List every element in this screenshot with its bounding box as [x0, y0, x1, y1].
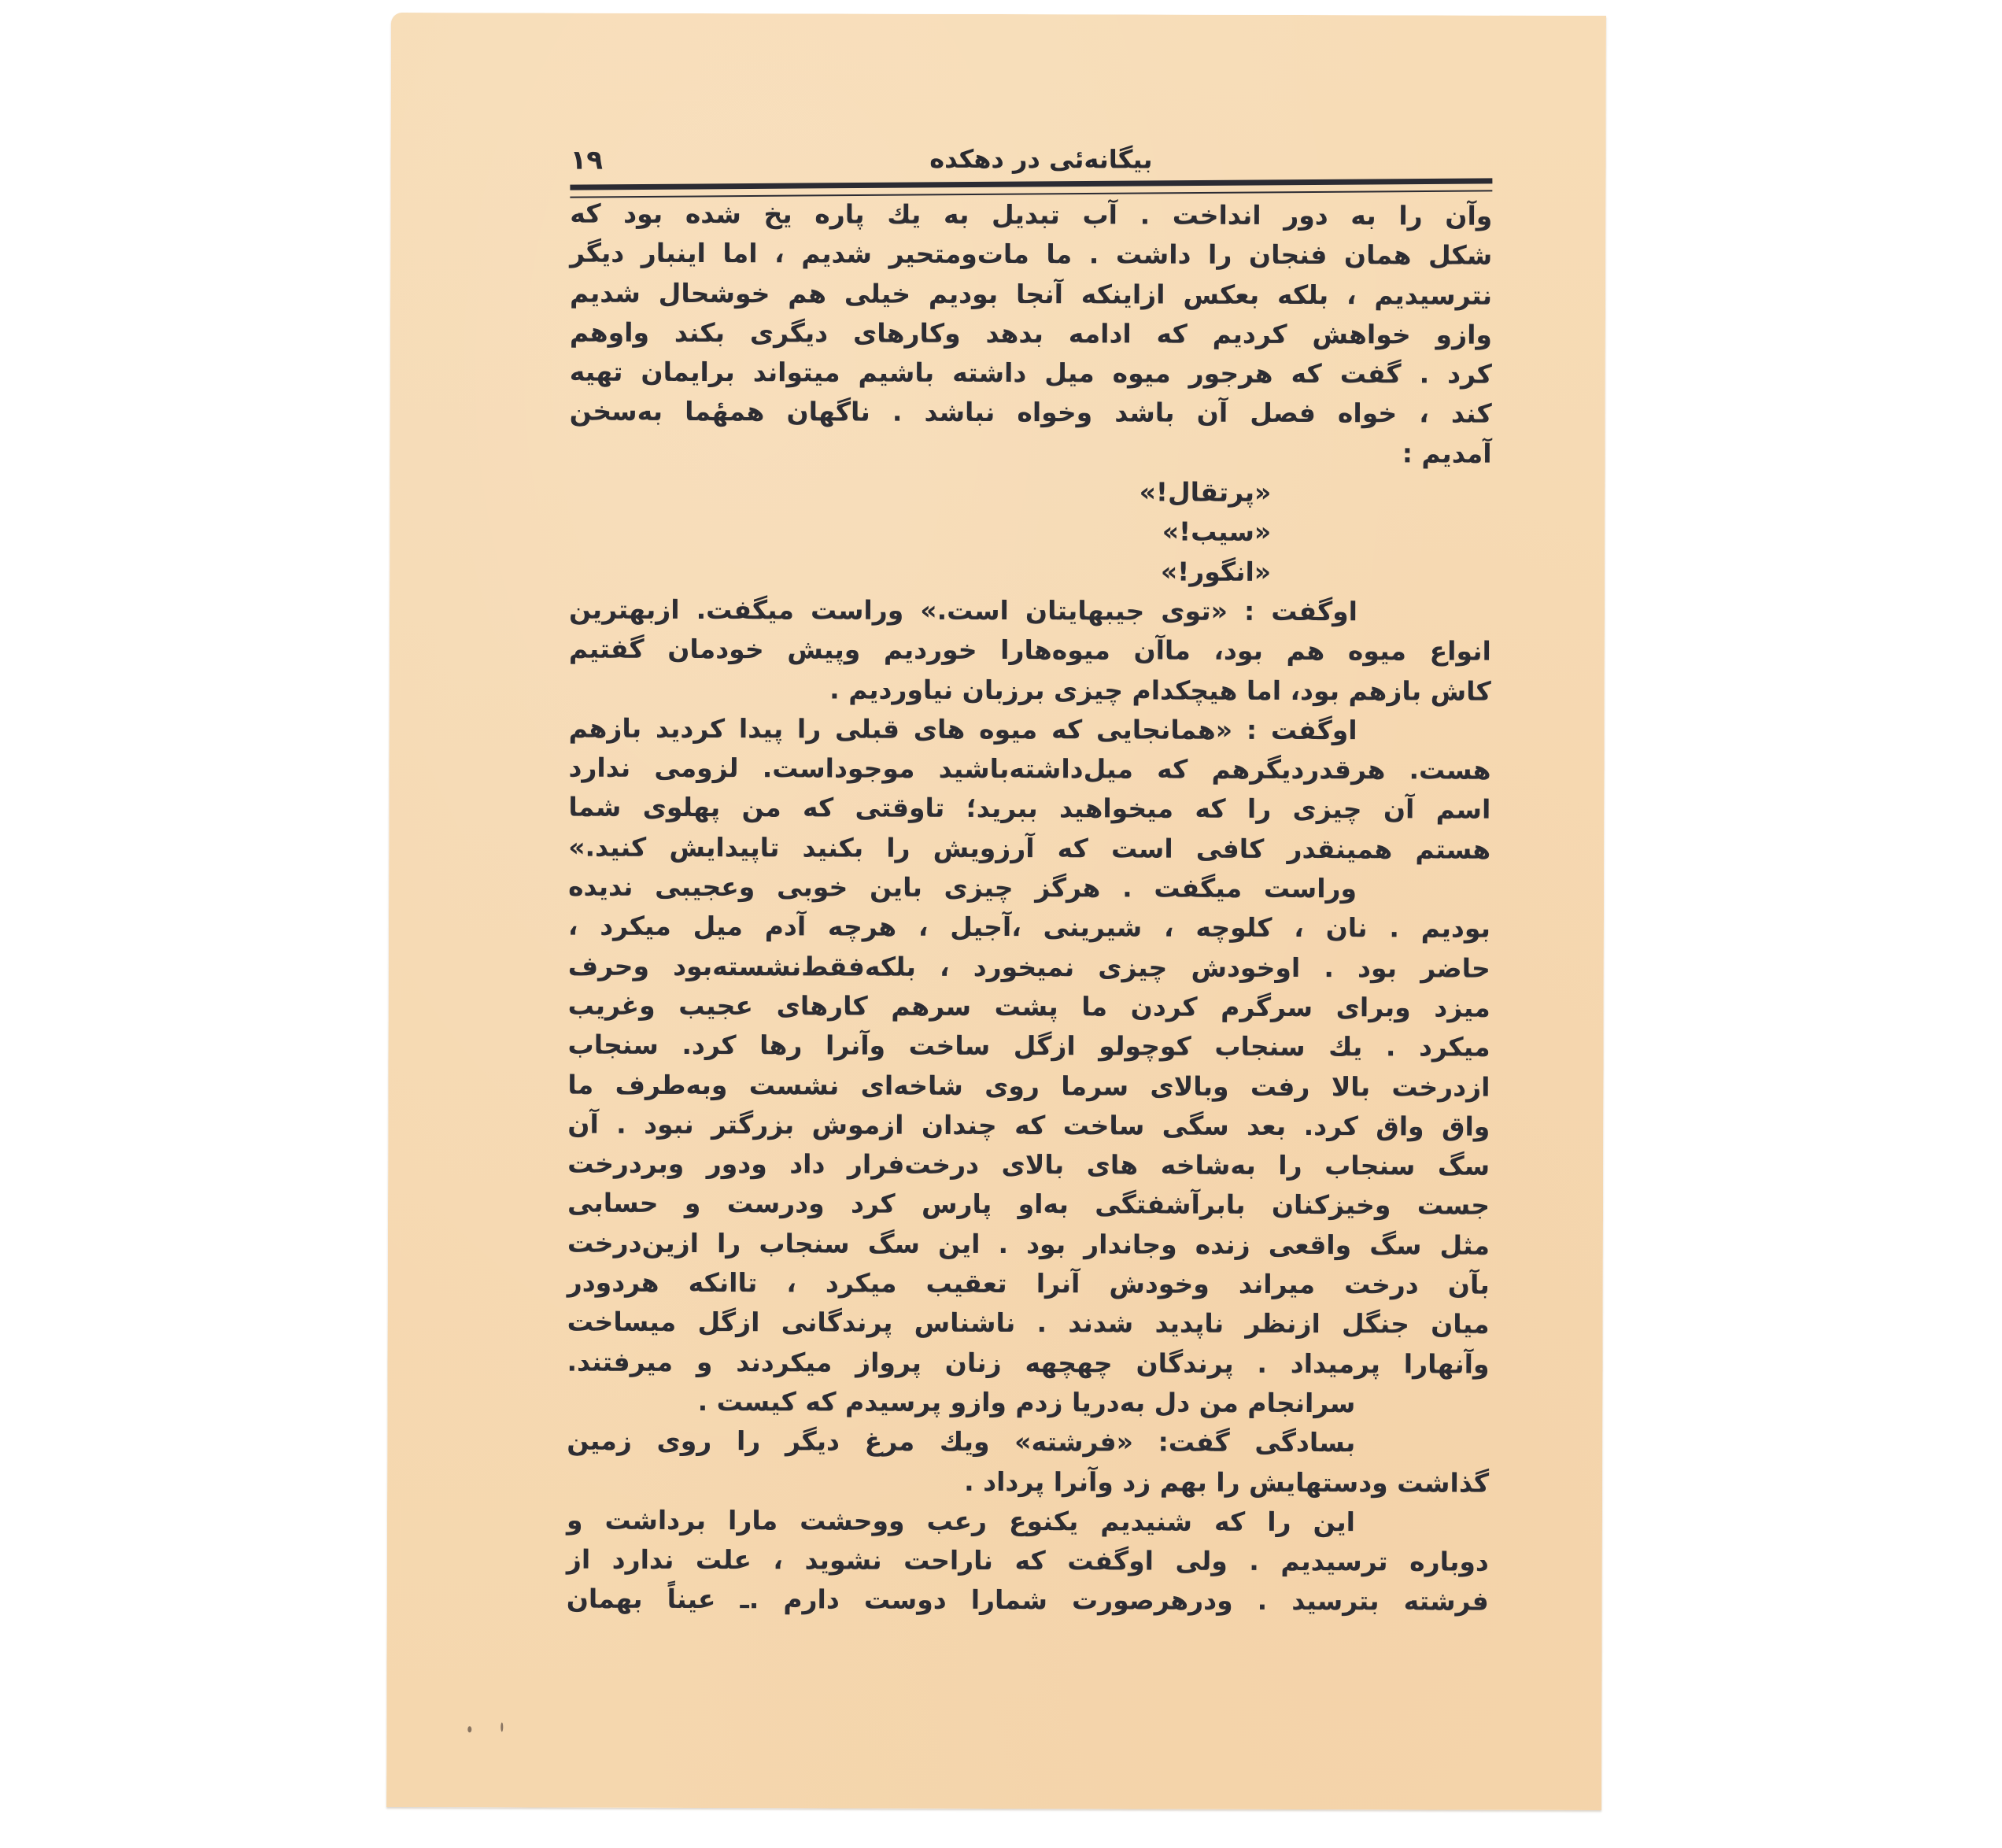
- text-line: هست. هرقدردیگرهم که میل‌داشته‌باشید موجو…: [568, 748, 1490, 790]
- text-line: میان جنگل ازنظر ناپدید شدند . ناشناس پرن…: [567, 1303, 1490, 1344]
- text-line: سرانجام من دل به‌دریا زدم وازو پرسیدم که…: [567, 1381, 1489, 1423]
- text-line: کاش بازهم بود، اما هیچکدام چیزی برزبان ن…: [569, 669, 1491, 711]
- text-line: وراست میگفت . هرگز چیزی باین خوبی وعجیبی…: [568, 867, 1490, 909]
- running-head: بیگانه‌ئی در دهکده ۱۹: [570, 135, 1475, 185]
- text-line: انواع میوه هم بود، ماآن میوه‌هارا خوردیم…: [569, 630, 1491, 671]
- text-line: فرشته بترسید . ودرهرصورت شمارا دوست دارم…: [567, 1580, 1489, 1621]
- text-line: گذاشت ودستهایش را بهم زد وآنرا پرداد .: [567, 1461, 1489, 1502]
- paper-speck: [500, 1722, 503, 1732]
- text-line: اوگفت : «توی جیبهایتان است.» وراست میگفت…: [569, 590, 1491, 632]
- paper-speck: [467, 1726, 471, 1732]
- text-line: وآنهارا پرمیداد . پرندگان چهچهه زنان پرو…: [567, 1342, 1489, 1384]
- text-line: بآن درخت میراند وخودش آنرا تعقیب میکرد ،…: [567, 1263, 1490, 1305]
- exclamation-line: «سیب!»: [569, 511, 1491, 553]
- text-line: دوباره ترسیدیم . ولی اوگفت که ناراحت نشو…: [567, 1540, 1489, 1582]
- text-line: بودیم . نان ، کلوچه ، شیرینی ،آجیل ، هرچ…: [568, 907, 1490, 948]
- text-line: هستم همینقدر کافی است که آرزویش را بکنید…: [568, 827, 1490, 869]
- text-line: میکرد . یك سنجاب کوچولو ازگل ساخت وآنرا …: [568, 1026, 1490, 1067]
- book-page: بیگانه‌ئی در دهکده ۱۹ وآن را به دور اندا…: [386, 13, 1606, 1810]
- text-line: حاضر بود . اوخودش چیزی نمیخورد ، بلکه‌فق…: [568, 946, 1490, 988]
- text-line: میزد وبرای سرگرم کردن ما پشت سرهم کارهای…: [568, 986, 1490, 1028]
- text-line: کرد . گفت که هرجور میوه میل داشته باشیم …: [570, 353, 1492, 394]
- exclamation-line: «پرتقال!»: [569, 471, 1491, 513]
- chapter-title: بیگانه‌ئی در دهکده: [929, 144, 1152, 175]
- text-line: مثل سگ واقعی زنده وجاندار بود . این سگ س…: [567, 1223, 1490, 1265]
- text-line: آمدیم :: [569, 431, 1491, 473]
- text-line: کند ، خواه فصل آن باشد وخواه نباشد . ناگ…: [570, 392, 1492, 434]
- text-line: اسم آن چیزی را که میخواهید ببرید؛ تاوقتی…: [568, 788, 1490, 830]
- text-line: سگ سنجاب را به‌شاخه های بالای درخت‌فرار …: [567, 1144, 1490, 1186]
- text-line: شکل همان فنجان را داشت . ما مات‌ومتحیر ش…: [570, 234, 1492, 275]
- text-line: نترسیدیم ، بلکه بعکس ازاینکه آنجا بودیم …: [570, 273, 1492, 315]
- text-line: بسادگی گفت: «فرشته» ویك مرغ دیگر را روی …: [567, 1421, 1489, 1463]
- exclamation-line: «انگور!»: [569, 550, 1491, 592]
- text-line: اوگفت : «همانجایی که میوه های قبلی را پی…: [569, 708, 1491, 750]
- text-line: وآن را به دور انداخت . آب تبدیل به یك پا…: [570, 194, 1492, 236]
- page-number: ۱۹: [570, 145, 603, 176]
- body-text: وآن را به دور انداخت . آب تبدیل به یك پا…: [567, 194, 1493, 1622]
- text-line: این را که شنیدیم یکنوع رعب ووحشت مارا بر…: [567, 1500, 1489, 1542]
- text-line: واق واق کرد. بعد سگی ساخت که چندان ازموش…: [567, 1104, 1490, 1146]
- text-line: وازو خواهش کردیم که ادامه بدهد وکارهای د…: [570, 312, 1492, 354]
- text-line: جست وخیزکنان بابرآشفتگی به‌او پارس کرد و…: [567, 1184, 1490, 1225]
- text-line: ازدرخت بالا رفت وبالای سرما روی شاخه‌ای …: [567, 1065, 1490, 1107]
